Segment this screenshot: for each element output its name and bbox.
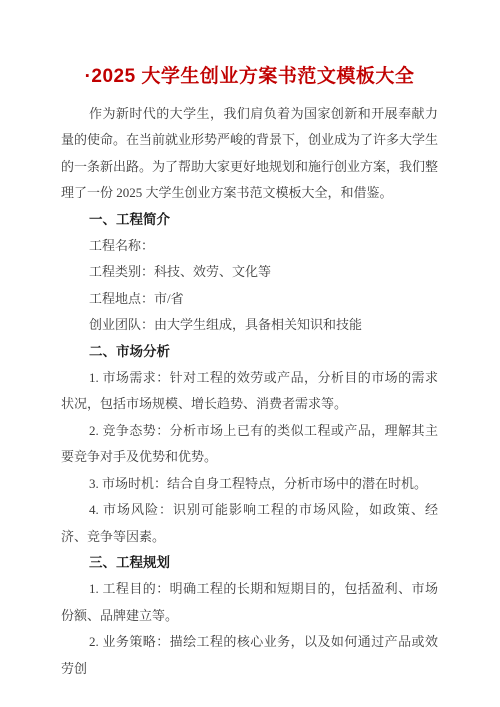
document-page: ·2025 大学生创业方案书范文模板大全 作为新时代的大学生，我们肩负着为国家创… bbox=[0, 0, 500, 707]
list-item: 工程名称： bbox=[61, 233, 438, 259]
document-blocks: 作为新时代的大学生，我们肩负着为国家创新和开展奉献力量的使命。在当前就业形势严峻… bbox=[61, 101, 438, 682]
section-heading: 三、工程规划 bbox=[61, 550, 438, 576]
list-item: 4. 市场风险：识别可能影响工程的市场风险，如政策、经济、竞争等因素。 bbox=[61, 497, 438, 550]
list-item: 工程类别：科技、效劳、文化等 bbox=[61, 259, 438, 285]
section-heading: 一、工程简介 bbox=[61, 207, 438, 233]
list-item: 2. 业务策略：描绘工程的核心业务，以及如何通过产品或效劳创 bbox=[61, 629, 438, 682]
list-item: 1. 市场需求：针对工程的效劳或产品，分析目的市场的需求状况，包括市场规模、增长… bbox=[61, 365, 438, 418]
page-title: ·2025 大学生创业方案书范文模板大全 bbox=[61, 64, 438, 90]
list-item: 2. 竞争态势：分析市场上已有的类似工程或产品，理解其主要竞争对手及优势和优势。 bbox=[61, 418, 438, 471]
list-item: 创业团队：由大学生组成，具备相关知识和技能 bbox=[61, 312, 438, 338]
list-item: 3. 市场时机：结合自身工程特点，分析市场中的潜在时机。 bbox=[61, 471, 438, 497]
paragraph: 作为新时代的大学生，我们肩负着为国家创新和开展奉献力量的使命。在当前就业形势严峻… bbox=[61, 101, 438, 207]
document-body: ·2025 大学生创业方案书范文模板大全 作为新时代的大学生，我们肩负着为国家创… bbox=[0, 0, 500, 682]
list-item: 1. 工程目的：明确工程的长期和短期目的，包括盈利、市场份额、品牌建立等。 bbox=[61, 576, 438, 629]
list-item: 工程地点：市/省 bbox=[61, 286, 438, 312]
section-heading: 二、市场分析 bbox=[61, 339, 438, 365]
